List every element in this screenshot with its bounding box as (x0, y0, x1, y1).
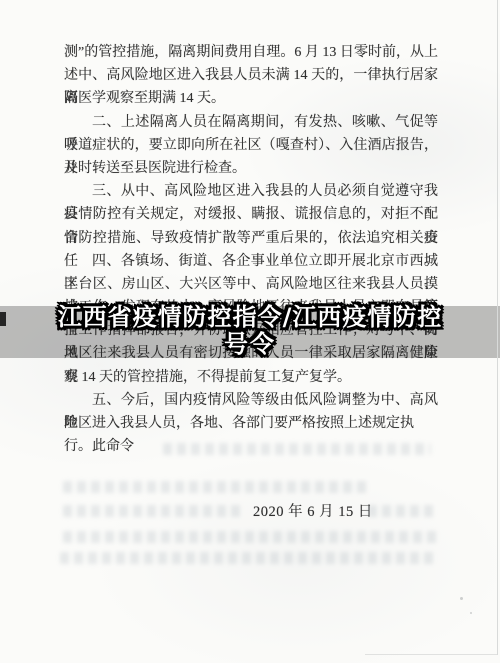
document-line: 述中、高风险地区进入我县人员未满 14 天的，一律执行居家隔 (64, 64, 438, 87)
bleed-through-text (163, 443, 431, 455)
dust-speck (460, 597, 463, 600)
document-line: 四、各镇场、街道、各企事业单位立即开展北京市西城区、 (64, 250, 438, 273)
bleed-through-text (63, 481, 368, 493)
document-line: 离医学观察至期满 14 天。 (64, 87, 438, 110)
page-edge-line (497, 0, 498, 655)
bleed-through-text (368, 505, 434, 517)
scanned-notice-page: 测”的管控措施，隔离期间费用自理。6 月 13 日零时前，从上述中、高风险地区进… (0, 0, 500, 663)
document-date: 2020 年 6 月 15 日 (253, 500, 373, 521)
caption-title-line1: 江西省疫情防控指令/江西疫情防控 (0, 304, 500, 331)
document-line: 地区进入我县人员，各地、各部门要严格按照上述规定执行。 (64, 412, 438, 435)
dust-speck (470, 612, 472, 614)
page-bottom-edge-line (365, 654, 497, 655)
document-line: 察 14 天的管控措施，不得提前复工复产复学。 (64, 366, 438, 389)
caption-title: 江西省疫情防控指令/江西疫情防控 号令 (0, 304, 500, 358)
document-line: 及时转送至县医院进行检查。 (64, 157, 438, 180)
document-line: 疫情防控有关规定，对缓报、瞒报、谎报信息的，对拒不配合疫 (64, 203, 438, 226)
document-line: 情防控措施、导致疫情扩散等严重后果的，依法追究相关责任。 (64, 227, 438, 250)
document-line: 三、从中、高风险地区进入我县的人员必须自觉遵守我县 (64, 180, 438, 203)
document-line: 测”的管控措施，隔离期间费用自理。6 月 13 日零时前，从上 (64, 41, 438, 64)
document-line: 丰台区、房山区、大兴区等中、高风险地区往来我县人员摸排管 (64, 273, 438, 296)
bleed-through-text (60, 552, 436, 564)
document-text-block: 测”的管控措施，隔离期间费用自理。6 月 13 日零时前，从上述中、高风险地区进… (64, 41, 438, 458)
document-line: 二、上述隔离人员在隔离期间，有发热、咳嗽、气促等呼 (64, 111, 438, 134)
bleed-through-text (63, 505, 245, 517)
caption-title-line2: 号令 (0, 331, 500, 358)
document-line: 五、今后，国内疫情风险等级由低风险调整为中、高风险 (64, 389, 438, 412)
document-line: 吸道症状的，要立即向所在社区（嘎查村）、入住酒店报告，并 (64, 134, 438, 157)
bleed-through-text (63, 531, 437, 543)
